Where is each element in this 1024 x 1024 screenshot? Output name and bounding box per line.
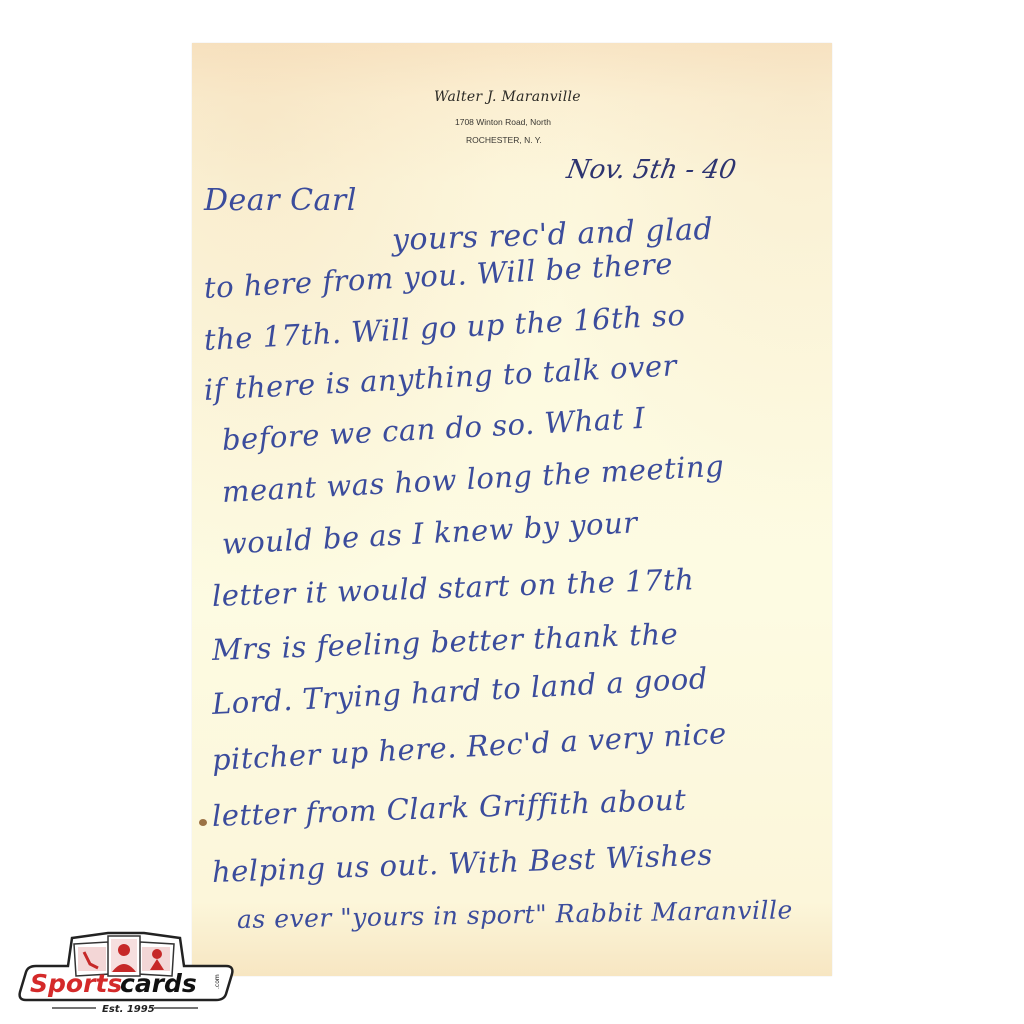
letter-line: if there is anything to talk over <box>203 348 678 407</box>
letter-line: Lord. Trying hard to land a good <box>211 661 709 721</box>
letter-line: Mrs is feeling better thank the <box>211 617 678 667</box>
letterhead-address: 1708 Winton Road, North <box>455 117 551 127</box>
logo-text-sports: Sports <box>30 969 122 998</box>
letter-line: helping us out. With Best Wishes <box>211 838 713 889</box>
letter-line: the 17th. Will go up the 16th so <box>203 298 686 357</box>
logo-text-tld: .com <box>214 974 221 989</box>
letter-date: Nov. 5th - 40 <box>564 155 738 185</box>
letterhead-name: Walter J. Maranville <box>434 89 581 105</box>
logo-text-cards: cards <box>120 969 197 998</box>
sportscards-logo: Sports cards .com Est. 1995 <box>12 930 236 1016</box>
letter-paper: Walter J. Maranville 1708 Winton Road, N… <box>192 43 832 976</box>
letterhead-city: ROCHESTER, N. Y. <box>466 135 542 145</box>
letter-line: before we can do so. What I <box>221 401 646 457</box>
letter-line: meant was how long the meeting <box>221 449 725 509</box>
letter-line: pitcher up here. Rec'd a very nice <box>211 716 727 777</box>
letter-closing-signature: as ever "yours in sport" Rabbit Maranvil… <box>237 895 793 934</box>
letter-line: letter from Clark Griffith about <box>211 782 686 833</box>
logo-established: Est. 1995 <box>102 1004 155 1015</box>
letter-salutation: Dear Carl <box>204 183 357 218</box>
letter-line: letter it would start on the 17th <box>211 562 694 613</box>
paper-stain <box>199 819 207 826</box>
logo-graphic: Sports cards .com Est. 1995 <box>12 930 236 1016</box>
letter-line: would be as I knew by your <box>221 505 638 561</box>
